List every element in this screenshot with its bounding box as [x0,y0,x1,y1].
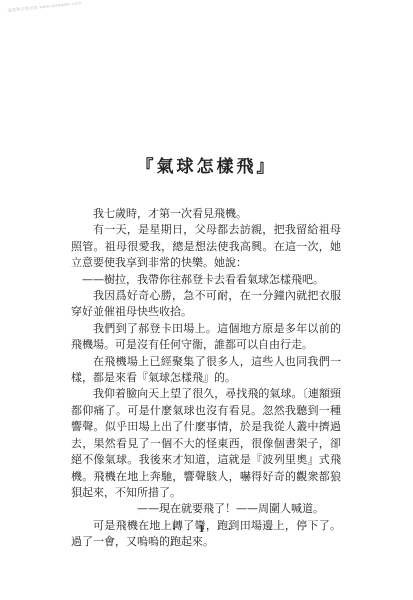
paragraph: 我們到了郝登卡田場上。這個地方原是多年以前的飛機場。可是沒有任何守衞，誰都可以自… [71,321,341,354]
body-text: 我七歲時，才第一次看見飛機。 有一天，是星期日，父母都去訪親，把我留給祖母照管。… [71,206,341,551]
paragraph: 我七歲時，才第一次看見飛機。 [71,206,341,222]
paragraph: 我仰着臉向天上望了很久，尋找飛的氣球。〔連額頸都仰痛了。可是什麼氣球也沒有看見。… [71,386,341,501]
paragraph: 有一天，是星期日，父母都去訪親，把我留給祖母照管。祖母很愛我，總是想法使我高興。… [71,222,341,271]
page-number: · 1 · [0,525,413,535]
paragraph: 在飛機場上已經聚集了很多人，這些人也同我們一樣，都是來看『氣球怎樣飛』的。 [71,354,341,387]
paragraph: 我因爲好奇心勝，急不可耐，在一分鐘內就把衣服穿好並催祖母快些收拾。 [71,288,341,321]
chapter-title: 『氣球怎樣飛』 [0,152,413,177]
dialogue-paragraph: ——現在就要飛了！——周圍人喊道。 [71,501,341,517]
dialogue-paragraph: ——樹拉，我帶你往郝登卡去看看氣球怎樣飛吧。 [71,272,341,288]
watermark: ·超星数字图书馆 www.ssreader.com [6,0,82,14]
